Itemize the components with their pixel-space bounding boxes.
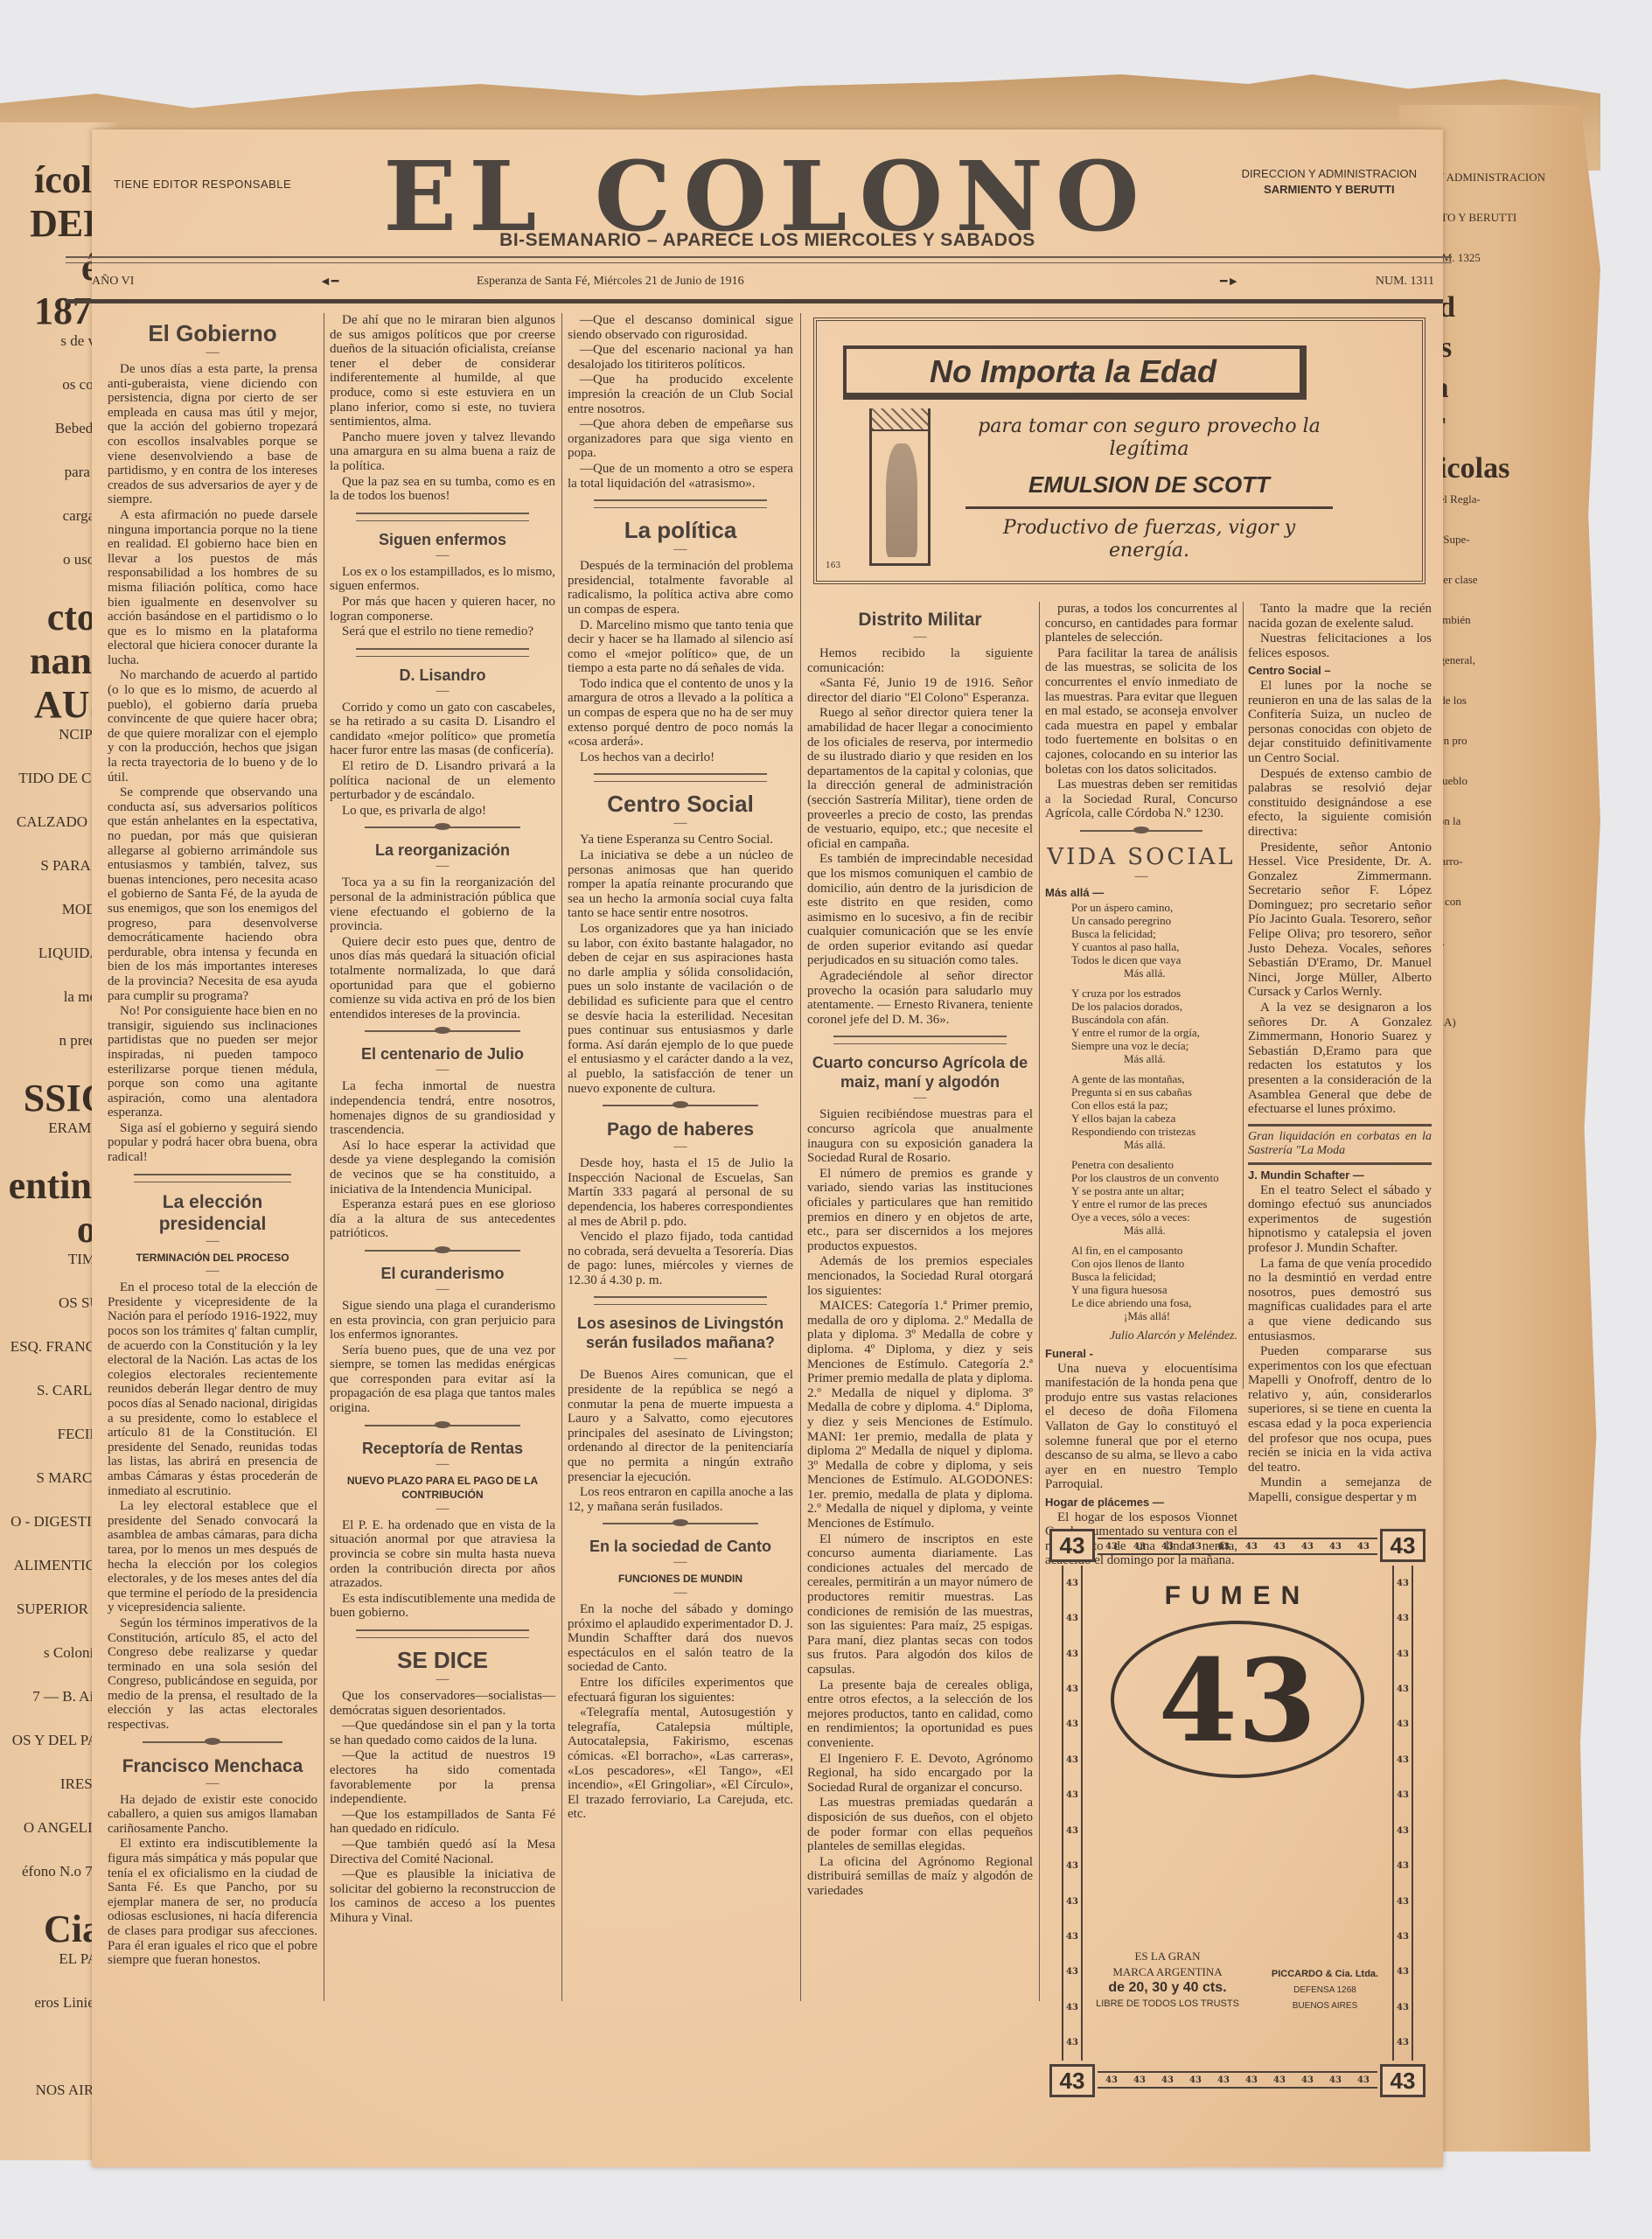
headline-reorganizacion: La reorganización [330, 840, 555, 860]
corner-43: 43 [1049, 1529, 1095, 1562]
city: BUENOS AIRES [1251, 1998, 1399, 2014]
band-43: 43 [1245, 1542, 1258, 1552]
article-lisandro: Corrido y como un gato con cascabeles, s… [330, 701, 555, 819]
ornament-divider [143, 1741, 282, 1747]
headline-haberes: Pago de haberes [568, 1119, 793, 1140]
paragraph: En el proceso total de la elección de Pr… [108, 1280, 317, 1498]
article-curanderismo: Sigue siendo una plaga el curanderismo e… [330, 1299, 555, 1416]
poem-stanza: A gente de las montañas,Pregunta si en s… [1045, 1072, 1237, 1151]
ornament-divider [1080, 830, 1202, 835]
band-43: 43 [1189, 2075, 1202, 2085]
paragraph: —Que quedándose sin el pan y la torta se… [330, 1719, 555, 1747]
paragraph: —Que también quedó así la Mesa Directiva… [330, 1838, 555, 1866]
paragraph: D. Marcelino mismo que tanto tenia que d… [568, 618, 793, 676]
column-6: Tanto la madre que la recién nacida goza… [1248, 602, 1432, 1506]
headline-centenario: El centenario de Julio [330, 1044, 555, 1064]
centro-label: Centro Social – [1248, 664, 1432, 679]
issue-number: NUM. 1311 [1376, 275, 1434, 289]
band-43: 43 [1161, 2075, 1174, 2085]
ad-line-1: para tomar con seguro provecho la legíti… [965, 415, 1333, 461]
divider [1248, 1124, 1432, 1126]
year: AÑO VI [92, 275, 134, 289]
article-distrito: Hemos recibido la siguiente comunicación… [807, 646, 1033, 1027]
ad-company: PICCARDO & Cia. Ltda. DEFENSA 1268 BUENO… [1251, 1966, 1399, 2014]
paragraph: La oficina del Agrónomo Regional distrib… [807, 1855, 1033, 1899]
paragraph: La ley electoral establece que el presid… [108, 1499, 317, 1615]
paragraph: A la vez se designaron a los señores Dr.… [1248, 1001, 1432, 1117]
band-43: 43 [1397, 1719, 1409, 1729]
paragraph: Entre los difíciles experimentos que efe… [568, 1676, 793, 1705]
column-rule [324, 313, 324, 2001]
logo-43: 43 [1111, 1621, 1364, 1778]
band-43: 43 [1273, 2075, 1286, 2085]
column-1: El Gobierno — De unos días a esta parte,… [108, 313, 317, 1969]
band-43: 43 [1397, 1897, 1409, 1907]
paragraph: Según los términos imperativos de la Con… [108, 1616, 317, 1733]
subheadline-rentas: NUEVO PLAZO PARA EL PAGO DE LA CONTRIBUC… [330, 1474, 555, 1503]
paragraph: —Que ha producido excelente impresión la… [568, 373, 793, 416]
band-43: 43 [1397, 1826, 1409, 1836]
band-43: 43 [1066, 1684, 1078, 1694]
column-4: Distrito Militar — Hemos recibido la sig… [807, 602, 1033, 1900]
ornament-divider [356, 513, 529, 521]
band-43: 43 [1133, 2075, 1146, 2085]
ad-cigarettes-43: 43 43 43 43 43434343434343434343 4343434… [1049, 1529, 1425, 2097]
paragraph: Pancho muere joven y talvez llevando una… [330, 430, 555, 474]
band-43: 43 [1066, 1897, 1078, 1907]
newspaper-page: TIENE EDITOR RESPONSABLE EL COLONO BI-SE… [92, 129, 1443, 2167]
band-43: 43 [1066, 1967, 1078, 1977]
paragraph: Los organizadores que ya han iniciado su… [568, 922, 793, 1096]
ornament-divider [365, 1030, 520, 1036]
price: de 20, 30 y 40 cts. [1108, 1980, 1226, 1995]
headline-curanderismo: El curanderismo [330, 1264, 555, 1283]
mundin-label: J. Mundin Schafter — [1248, 1168, 1432, 1183]
ad-headline: FUMEN [1049, 1581, 1425, 1611]
address: SARMIENTO Y BERUTTI [1264, 183, 1395, 196]
column-3: —Que el descanso dominical sigue siendo … [568, 313, 793, 1823]
article-concurso: Siguien recibiéndose muestras para el co… [807, 1107, 1033, 1898]
dash: — [330, 1460, 555, 1468]
dash: — [1045, 872, 1237, 881]
article-eleccion: En el proceso total de la elección de Pr… [108, 1280, 317, 1732]
dash: — [568, 1142, 793, 1151]
subheadline-canto: FUNCIONES DE MUNDIN [568, 1572, 793, 1587]
band-43: 43 [1301, 2075, 1314, 2085]
subheadline-eleccion: TERMINACIÓN DEL PROCESO [108, 1251, 317, 1266]
paragraph: Ya tiene Esperanza su Centro Social. [568, 833, 793, 847]
article-canto: En la noche del sábado y domingo próximo… [568, 1602, 793, 1822]
poem-mas-alla: Por un áspero camino,Un cansado peregrin… [1045, 901, 1237, 1322]
band-43: 43 [1329, 1542, 1342, 1552]
paragraph: Vencido el plazo fijado, toda cantidad n… [568, 1230, 793, 1287]
paragraph: Todo indica que el contento de unos y la… [568, 677, 793, 750]
headline-livingston: Los asesinos de Livingstón serán fusilad… [568, 1314, 793, 1352]
headline-vida-social: VIDA SOCIAL [1045, 844, 1237, 870]
headline-politica: La política [568, 517, 793, 543]
dash: — [108, 1266, 317, 1275]
paragraph: Los ex o los estampillados, es lo mismo,… [330, 565, 555, 594]
article-menchaca: Ha dejado de existir este conocido cabal… [108, 1793, 317, 1968]
column-rule [800, 313, 801, 2001]
ornament-divider [356, 648, 529, 657]
article-col3-top: —Que el descanso dominical sigue siendo … [568, 313, 793, 491]
mundin-text: En el teatro Select el sábado y domingo … [1248, 1183, 1432, 1505]
ad-line-2: Productivo de fuerzas, vigor y energía. [965, 517, 1333, 562]
headline-eleccion: La elección presidencial [108, 1191, 317, 1235]
paragraph: Presidente, señor Antonio Hessel. Vice P… [1248, 840, 1432, 1001]
dash: — [330, 551, 555, 560]
paragraph: La presente baja de cereales obliga, ent… [807, 1678, 1033, 1751]
paragraph: Los reos entraron en capilla anoche a la… [568, 1485, 793, 1514]
dash: — [568, 1588, 793, 1597]
address-block: DIRECCION Y ADMINISTRACION SARMIENTO Y B… [1242, 166, 1417, 198]
ornament-divider [356, 1629, 529, 1638]
hogar-label: Hogar de plácemes — [1045, 1496, 1237, 1510]
paragraph: Así lo hace esperar la actividad que des… [330, 1139, 555, 1196]
headline-enfermos: Siguen enfermos [330, 530, 555, 549]
paragraph: El P. E. ha ordenado que en vista de la … [330, 1518, 555, 1591]
hogar-text-3: Nuestras felicitaciones a los felices es… [1248, 631, 1432, 660]
band-43: 43 [1066, 1614, 1078, 1623]
paragraph: Se comprende que observando una conducta… [108, 785, 317, 1003]
paragraph: puras, a todos los concurrentes al concu… [1045, 602, 1237, 645]
article-gobierno: De unos días a esta parte, la prensa ant… [108, 362, 317, 1165]
band-43: 43 [1066, 1826, 1078, 1836]
band-43: 43 [1066, 2038, 1078, 2047]
masthead: TIENE EDITOR RESPONSABLE EL COLONO BI-SE… [92, 129, 1443, 322]
paragraph: Sigue siendo una plaga el curanderismo e… [330, 1299, 555, 1343]
article-politica: Después de la terminación del problema p… [568, 559, 793, 764]
band-43: 43 [1357, 2075, 1370, 2085]
divider [66, 299, 1443, 303]
paragraph: Desde hoy, hasta el 15 de Julio la Inspe… [568, 1156, 793, 1229]
paragraph: La fecha inmortal de nuestra independenc… [330, 1079, 555, 1137]
dash: — [330, 687, 555, 695]
band-43: 43 [1217, 1542, 1230, 1552]
tag-1: ES LA GRAN [1084, 1949, 1251, 1964]
paragraph: Después de extenso cambio de palabras se… [1248, 767, 1432, 840]
paragraph: En la noche del sábado y domingo próximo… [568, 1602, 793, 1675]
poem-author: Julio Alarcón y Meléndez. [1045, 1329, 1237, 1344]
right-page-text: N Y ADMINISTRACION [1425, 171, 1545, 185]
band-43: 43 [1066, 1932, 1078, 1942]
paragraph: El Ingeniero F. E. Devoto, Agrónomo Regi… [807, 1752, 1033, 1796]
band-43: 43 [1397, 1614, 1409, 1623]
paragraph: —Que la actitud de nuestros 19 electores… [330, 1748, 555, 1806]
column-rule [1243, 602, 1244, 1389]
dateline: Esperanza de Santa Fé, Miércoles 21 de J… [477, 275, 744, 289]
tag-2: MARCA ARGENTINA [1084, 1964, 1251, 1980]
poem-stanza: Por un áspero camino,Un cansado peregrin… [1045, 901, 1237, 980]
dash: — [330, 1065, 555, 1074]
dash: — [807, 1093, 1033, 1102]
article-enfermos: Los ex o los estampillados, es lo mismo,… [330, 565, 555, 639]
street: DEFENSA 1268 [1251, 1983, 1399, 1998]
ornament-divider [365, 1425, 520, 1430]
paragraph: Que la paz sea en su tumba, como es en l… [330, 475, 555, 504]
column-rule [561, 313, 562, 2001]
paragraph: No marchando de acuerdo al partido (o lo… [108, 668, 317, 785]
paragraph: La iniciativa se debe a un núcleo de per… [568, 848, 793, 921]
paragraph: —Que del escenario nacional ya han desal… [568, 343, 793, 372]
paragraph: Sería bueno pues, que de una vez por sie… [330, 1343, 555, 1416]
dash: — [568, 545, 793, 554]
dash: — [108, 348, 317, 357]
ornament-divider [603, 1105, 758, 1110]
paragraph: Después de la terminación del problema p… [568, 559, 793, 617]
paragraph: Siguien recibiéndose muestras para el co… [807, 1107, 1033, 1165]
ad-emulsion-de-scott: No Importa la Edad para tomar con seguro… [813, 317, 1425, 584]
article-livingston: De Buenos Aires comunican, que el presid… [568, 1368, 793, 1514]
paragraph: De ahí que no le miraran bien algunos de… [330, 313, 555, 429]
dash: — [568, 1354, 793, 1363]
article-reorganizacion: Toca ya a su fin la reorganización del p… [330, 875, 555, 1022]
paragraph: Agradeciéndole al señor director provech… [807, 969, 1033, 1027]
paragraph: Toca ya a su fin la reorganización del p… [330, 875, 555, 933]
paragraph: Lo que, es privarla de algo! [330, 804, 555, 819]
band-43: 43 [1066, 2003, 1078, 2012]
info-bar: AÑO VI ◄━ Esperanza de Santa Fé, Miércol… [66, 269, 1443, 296]
man-with-fish-illustration [869, 408, 931, 566]
paragraph: Que los conservadores—socialistas—demócr… [330, 1689, 555, 1718]
paragraph: Para facilitar la tarea de análisis de l… [1045, 646, 1237, 777]
band-43: 43 [1066, 1755, 1078, 1765]
paragraph: Es esta indiscutiblemente una medida de … [330, 1592, 555, 1621]
paragraph: Quiere decir esto pues que, dentro de un… [330, 935, 555, 1022]
dash: — [568, 1558, 793, 1566]
band-43: 43 [1357, 1542, 1370, 1552]
article-sedice: Que los conservadores—socialistas—demócr… [330, 1689, 555, 1926]
address-label: DIRECCION Y ADMINISTRACION [1242, 166, 1417, 182]
ornament-divider [594, 1296, 767, 1305]
dash: — [108, 1237, 317, 1245]
paragraph: Siga así el gobierno y seguirá siendo po… [108, 1121, 317, 1165]
liquidacion-notice: Gran liquidación en corbatas en la Sastr… [1248, 1130, 1432, 1159]
band-43: 43 [1066, 1650, 1078, 1659]
funeral-text: Una nueva y elocuentísima manifestación … [1045, 1362, 1237, 1492]
paragraph: La fama de que venía procedido no la des… [1248, 1257, 1432, 1344]
paragraph: El lunes por la noche se reunieron en un… [1248, 679, 1432, 766]
border-band-bottom: 43434343434343434343 [1098, 2071, 1377, 2089]
paragraph: Por más que hacen y quieren hacer, no lo… [330, 595, 555, 624]
band-43: 43 [1397, 1650, 1409, 1659]
band-43: 43 [1329, 2075, 1342, 2085]
band-43: 43 [1273, 1542, 1286, 1552]
article-centenario: La fecha inmortal de nuestra independenc… [330, 1079, 555, 1241]
dash: — [568, 819, 793, 827]
paragraph: Ruego al señor director quiera tener la … [807, 706, 1033, 851]
paragraph: Corrido y como un gato con cascabeles, s… [330, 701, 555, 758]
paragraph: —Que de un momento a otro se espera la t… [568, 462, 793, 491]
paragraph: Las muestras deben ser remitidas a la So… [1045, 778, 1237, 821]
paragraph: —Que es plausible la iniciativa de solic… [330, 1867, 555, 1925]
newspaper-subtitle: BI-SEMANARIO – APARECE LOS MIERCOLES Y S… [499, 230, 1035, 251]
band-43: 43 [1133, 1542, 1146, 1552]
poem-label: Más allá — [1045, 886, 1237, 901]
article-col2-top: De ahí que no le miraran bien algunos de… [330, 313, 555, 504]
ad-headline: No Importa la Edad [843, 345, 1307, 400]
paragraph: —Que los estampillados de Santa Fé han q… [330, 1808, 555, 1837]
headline-distrito: Distrito Militar [807, 609, 1033, 631]
paragraph: De unos días a esta parte, la prensa ant… [108, 362, 317, 507]
editor-note: TIENE EDITOR RESPONSABLE [114, 178, 291, 191]
band-43: 43 [1105, 2075, 1118, 2085]
funeral-label: Funeral - [1045, 1347, 1237, 1362]
headline-centro-social: Centro Social [568, 791, 793, 817]
ornament-divider [365, 1250, 520, 1255]
poem-stanza: Y cruza por los estradosDe los palacios … [1045, 987, 1237, 1065]
band-43: 43 [1397, 1861, 1409, 1871]
headline-menchaca: Francisco Menchaca [108, 1755, 317, 1777]
ornament-divider [603, 1523, 758, 1528]
arrow-right-icon: ━► [1220, 275, 1239, 289]
paragraph: Es también de imprecindable necesidad qu… [807, 852, 1033, 968]
paragraph: El retiro de D. Lisandro privará a la po… [330, 759, 555, 803]
company: PICCARDO & Cia. Ltda. [1272, 1969, 1378, 1979]
paragraph: Los hechos van a decirlo! [568, 750, 793, 765]
paragraph: Hemos recibido la siguiente comunicación… [807, 646, 1033, 675]
corner-43: 43 [1380, 2064, 1425, 2097]
band-43: 43 [1397, 1790, 1409, 1800]
corner-43: 43 [1380, 1529, 1425, 1562]
paragraph: «Telegrafía mental, Autosugestión y tele… [568, 1705, 793, 1822]
centro-text: El lunes por la noche se reunieron en un… [1248, 679, 1432, 1117]
band-43: 43 [1161, 1542, 1174, 1552]
paragraph: Ha dejado de existir este conocido cabal… [108, 1793, 317, 1837]
dash: — [330, 1285, 555, 1294]
poem-stanza: Penetra con desalientoPor los claustros … [1045, 1158, 1237, 1237]
band-43: 43 [1245, 2075, 1258, 2085]
paragraph: Será que el estrilo no tiene remedio? [330, 624, 555, 639]
band-43: 43 [1397, 1684, 1409, 1694]
paragraph: Mundin a semejanza de Mapelli, consigue … [1248, 1475, 1432, 1504]
hogar-text-2: Tanto la madre que la recién nacida goza… [1248, 602, 1432, 631]
paragraph: Esperanza estará pues en ese glorioso dí… [330, 1197, 555, 1241]
paragraph: No! Por consiguiente hace bien en no tra… [108, 1004, 317, 1120]
ornament-divider [594, 499, 767, 508]
column-rule [1039, 602, 1040, 2001]
ad-brand: EMULSION DE SCOTT [965, 471, 1333, 499]
band-43: 43 [1301, 1542, 1314, 1552]
band-43: 43 [1397, 2038, 1409, 2047]
paragraph: —Que el descanso dominical sigue siendo … [568, 313, 793, 342]
arrow-left-icon: ◄━ [319, 275, 338, 289]
column-5: puras, a todos los concurrentes al concu… [1045, 602, 1237, 1569]
paragraph: «Santa Fé, Junio 19 de 1916. Señor direc… [807, 676, 1033, 705]
ornament-divider [134, 1174, 291, 1182]
article-centro-social: Ya tiene Esperanza su Centro Social.La i… [568, 833, 793, 1096]
article-rentas: El P. E. ha ordenado que en vista de la … [330, 1518, 555, 1621]
band-43: 43 [1217, 2075, 1230, 2085]
band-43: 43 [1066, 1861, 1078, 1871]
headline-canto: En la sociedad de Canto [568, 1537, 793, 1556]
border-band-left: 4343434343434343434343434343 [1062, 1566, 1083, 2061]
band-43: 43 [1066, 1719, 1078, 1729]
divider [66, 256, 1452, 258]
paragraph: A esta afirmación no puede darsele ningu… [108, 508, 317, 668]
paragraph: Pueden compararse sus experimentos con l… [1248, 1344, 1432, 1475]
ornament-divider [833, 1036, 1007, 1044]
dash: — [330, 861, 555, 870]
paragraph: Además de los premios especiales mencion… [807, 1254, 1033, 1298]
article-haberes: Desde hoy, hasta el 15 de Julio la Inspe… [568, 1156, 793, 1287]
divider [1248, 1162, 1432, 1165]
paragraph: En el teatro Select el sábado y domingo … [1248, 1183, 1432, 1256]
paragraph: MAICES: Categoría 1.ª Primer premio, med… [807, 1299, 1033, 1531]
band-43: 43 [1397, 1755, 1409, 1765]
band-43: 43 [1105, 1542, 1118, 1552]
column-2: De ahí que no le miraran bien algunos de… [330, 313, 555, 1927]
dash: — [330, 1675, 555, 1684]
headline-sedice: SE DICE [330, 1647, 555, 1673]
band-43: 43 [1397, 1932, 1409, 1942]
corner-43: 43 [1049, 2064, 1095, 2097]
paragraph: El extinto era indiscutiblemente la figu… [108, 1837, 317, 1967]
ornament-divider [594, 773, 767, 782]
ornament-divider [365, 827, 520, 832]
ad-code: 163 [826, 561, 840, 570]
headline-lisandro: D. Lisandro [330, 666, 555, 685]
headline-rentas: Receptoría de Rentas [330, 1439, 555, 1458]
border-band-top: 43434343434343434343 [1098, 1538, 1377, 1555]
paragraph: De Buenos Aires comunican, que el presid… [568, 1368, 793, 1484]
headline-concurso: Cuarto concurso Agrícola de maiz, maní y… [807, 1053, 1033, 1092]
ad-tagline: ES LA GRAN MARCA ARGENTINA de 20, 30 y 4… [1084, 1949, 1251, 2012]
tag-3: LIBRE DE TODOS LOS TRUSTS [1084, 1996, 1251, 2012]
dash: — [807, 632, 1033, 641]
divider [66, 262, 1452, 263]
poem-stanza: Al fin, en el camposantoCon ojos llenos … [1045, 1244, 1237, 1322]
paragraph: —Que ahora deben de empeñarse sus organi… [568, 417, 793, 461]
dash: — [108, 1779, 317, 1788]
band-43: 43 [1066, 1790, 1078, 1800]
paragraph: El número de premios es grande y variado… [807, 1167, 1033, 1254]
paragraph: Las muestras premiadas quedarán a dispos… [807, 1796, 1033, 1853]
divider [965, 506, 1333, 509]
dash: — [330, 1504, 555, 1513]
paragraph: El número de inscriptos en este concurso… [807, 1532, 1033, 1678]
headline-gobierno: El Gobierno [108, 320, 317, 346]
band-43: 43 [1189, 1542, 1202, 1552]
article-col6-top: puras, a todos los concurrentes al concu… [1045, 602, 1237, 821]
